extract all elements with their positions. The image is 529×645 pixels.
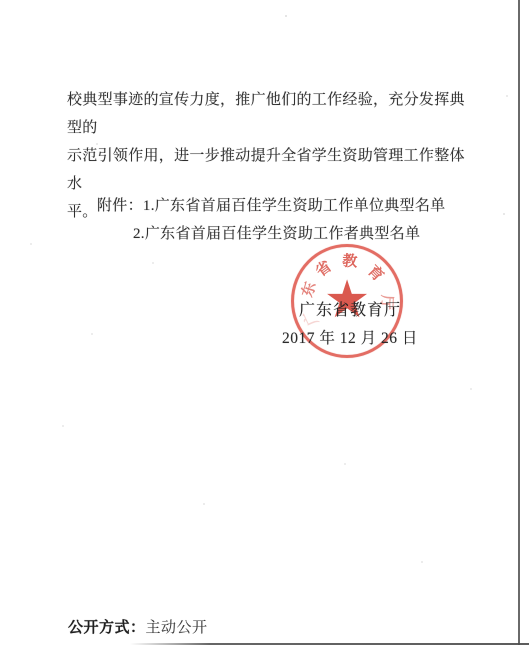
attachment-item-1: 1.广东省首届百佳学生资助工作单位典型名单 [143, 198, 446, 214]
attachments-label: 附件： [97, 198, 143, 214]
scan-edge-right [518, 0, 520, 645]
seal-arc-char: 教 [340, 250, 359, 269]
disclosure-label: 公开方式： [68, 620, 146, 636]
attachment-row-1: 附件：1.广东省首届百佳学生资助工作单位典型名单 [97, 192, 445, 220]
disclosure-line: 公开方式：主动公开 [68, 616, 208, 637]
disclosure-value: 主动公开 [146, 620, 208, 636]
issuer-signature: 广东省教育厅 [299, 297, 401, 320]
attachments-block: 附件：1.广东省首届百佳学生资助工作单位典型名单 2.广东省首届百佳学生资助工作… [97, 192, 445, 248]
attachment-item-2: 2.广东省首届百佳学生资助工作者典型名单 [133, 226, 420, 242]
body-line-2: 示范引领作用，进一步推动提升全省学生资助管理工作整体水 [67, 142, 469, 198]
signature-date: 2017 年 12 月 26 日 [282, 326, 418, 348]
body-line-1: 校典型事迹的宣传力度，推广他们的工作经验，充分发挥典型的 [67, 86, 469, 142]
scan-noise [0, 0, 2, 2]
scanned-document-page: 校典型事迹的宣传力度，推广他们的工作经验，充分发挥典型的 示范引领作用，进一步推… [0, 0, 529, 645]
